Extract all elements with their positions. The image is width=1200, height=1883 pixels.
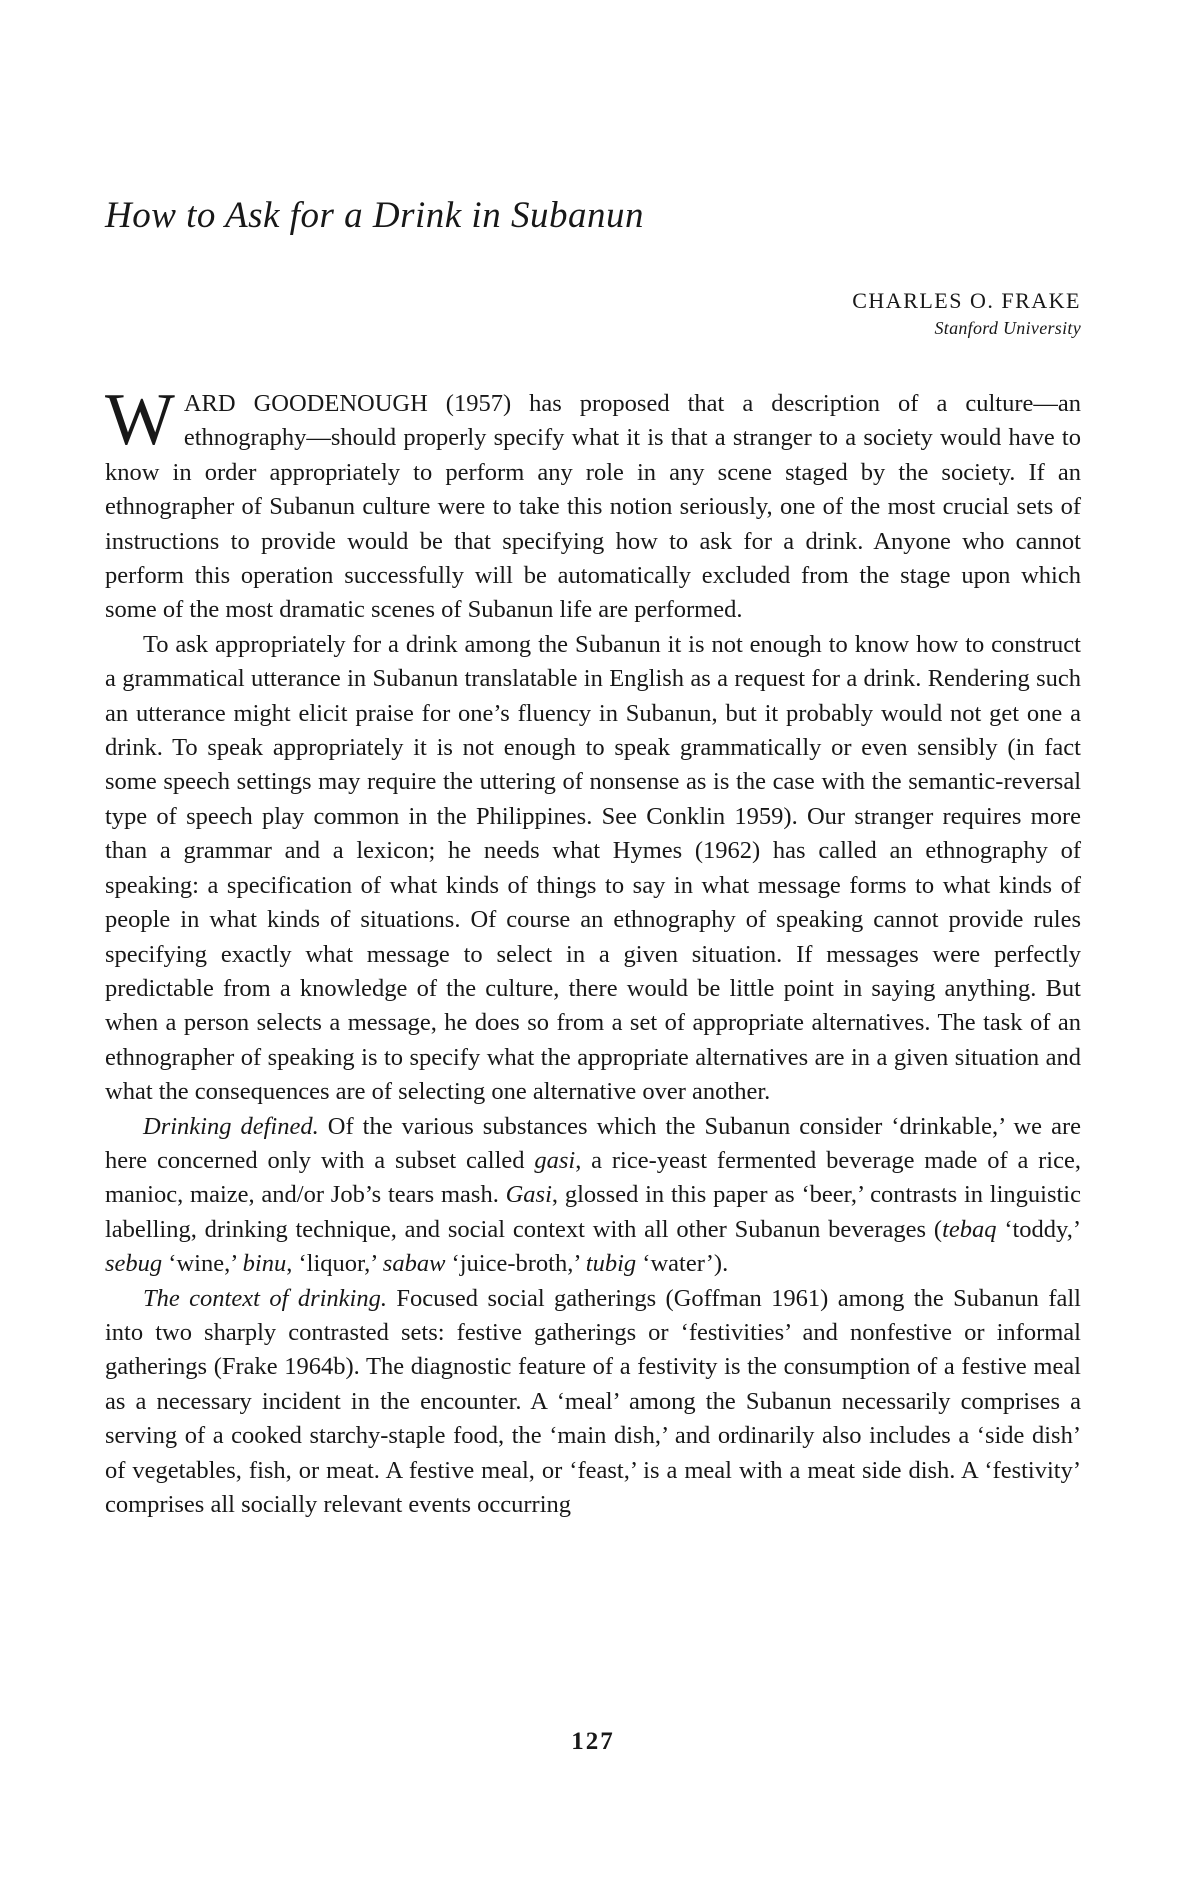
paragraph: To ask appropriately for a drink among t… (105, 628, 1081, 1110)
paragraph: The context of drinking. Focused social … (105, 1282, 1081, 1523)
italic-run: Gasi (506, 1181, 552, 1208)
article-body: WARD GOODENOUGH (1957) has proposed that… (105, 387, 1081, 1522)
paragraph: WARD GOODENOUGH (1957) has proposed that… (105, 387, 1081, 628)
author-affiliation: Stanford University (105, 318, 1081, 339)
byline: CHARLES O. FRAKE Stanford University (105, 288, 1081, 339)
text-run: To ask appropriately for a drink among t… (105, 631, 1081, 1105)
page-title: How to Ask for a Drink in Subanun (105, 194, 644, 237)
italic-run: tebaq (942, 1216, 996, 1243)
document-page: How to Ask for a Drink in Subanun CHARLE… (0, 0, 1200, 1883)
italic-run: sabaw (383, 1250, 446, 1277)
italic-run: tubig (586, 1250, 636, 1277)
italic-run: binu (243, 1250, 287, 1277)
text-run: ‘water’). (636, 1250, 728, 1277)
page-number: 127 (105, 1728, 1081, 1756)
text-run: ‘juice-broth,’ (445, 1250, 585, 1277)
author-name: CHARLES O. FRAKE (105, 288, 1081, 314)
italic-run: The context of drinking. (143, 1285, 387, 1312)
text-run: ARD GOODENOUGH (1957) has proposed that … (105, 390, 1081, 623)
italic-run: sebug (105, 1250, 162, 1277)
text-run: ‘wine,’ (162, 1250, 243, 1277)
text-run: Focused social gatherings (Goffman 1961)… (105, 1285, 1081, 1518)
italic-run: gasi (534, 1147, 575, 1174)
italic-run: Drinking defined. (143, 1113, 319, 1140)
paragraph: Drinking defined. Of the various substan… (105, 1110, 1081, 1282)
dropcap-letter: W (105, 387, 184, 448)
text-run: ‘toddy,’ (997, 1216, 1081, 1243)
text-run: , ‘liquor,’ (286, 1250, 383, 1277)
